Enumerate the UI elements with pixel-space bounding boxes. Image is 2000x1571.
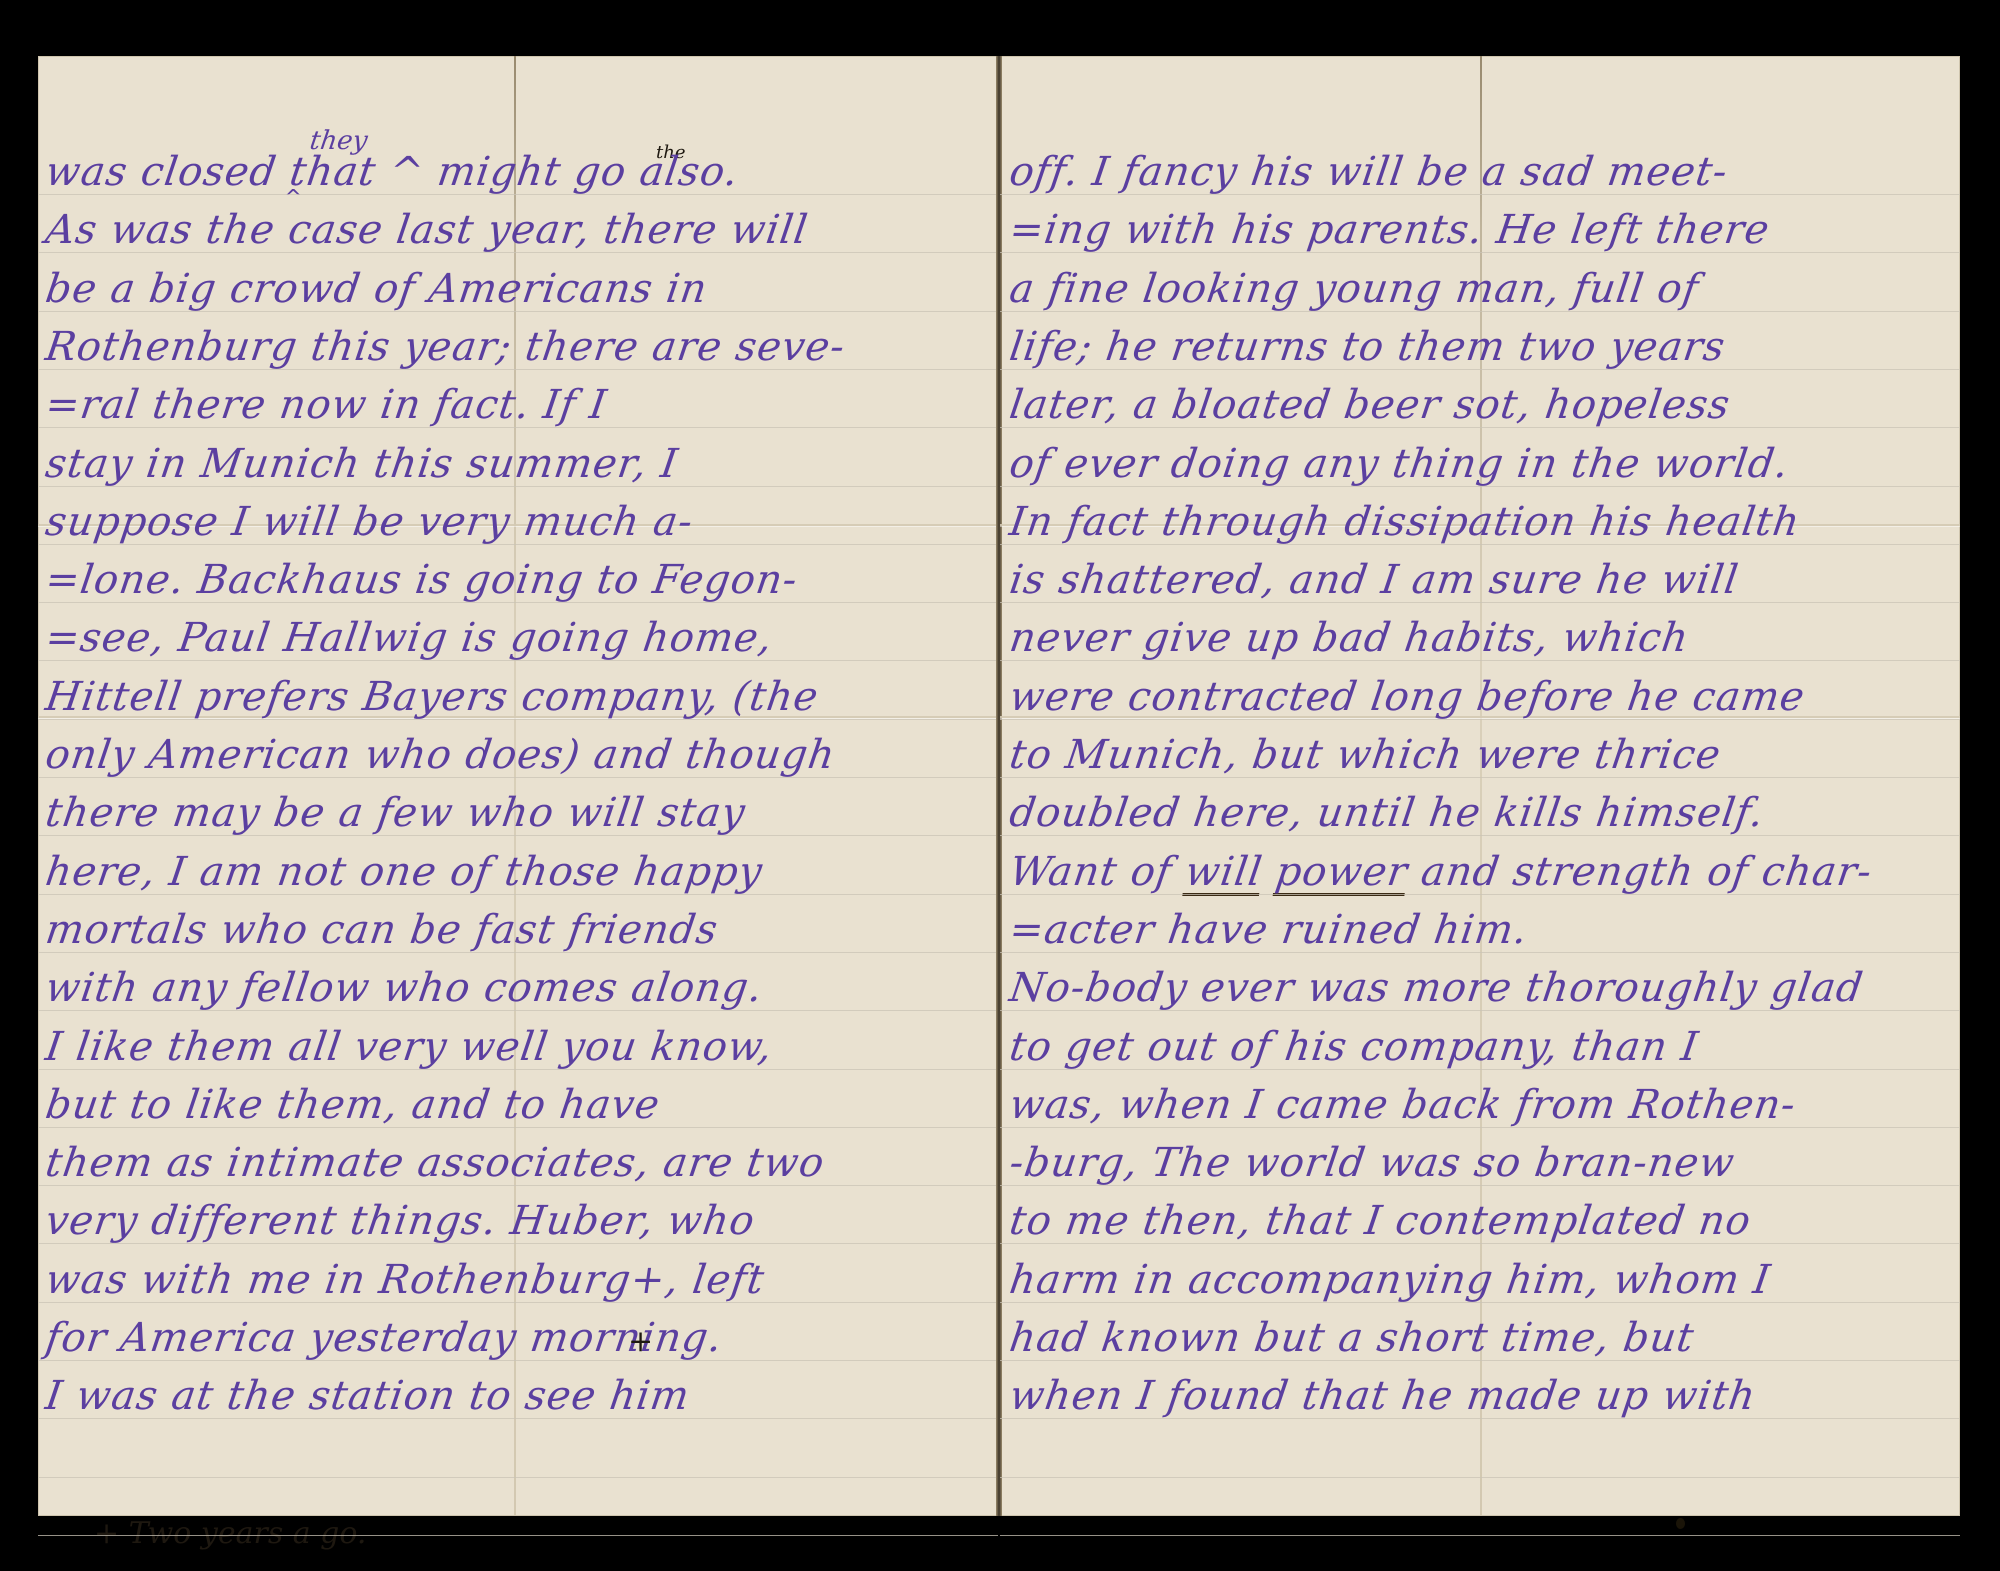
ruled-line	[38, 486, 998, 487]
handwritten-line: was with me in Rothenburg+, left	[43, 1260, 767, 1300]
ruled-line	[1000, 1069, 1960, 1070]
ruled-line	[1000, 952, 1960, 953]
handwritten-line: had known but a short time, but	[1007, 1318, 1697, 1358]
ruled-line	[38, 1302, 998, 1303]
ruled-line	[38, 1360, 998, 1361]
footnote-marker: +	[628, 1324, 653, 1359]
ruled-line	[1000, 194, 1960, 195]
ruled-line	[38, 1477, 998, 1478]
ruled-line	[1000, 1302, 1960, 1303]
handwritten-line: mortals who can be fast friends	[43, 910, 720, 950]
handwritten-line: =ing with his parents. He left there	[1007, 210, 1772, 250]
letter-sheet: they ^ the was closed that ^ might go al…	[38, 56, 1960, 1516]
ruled-line	[1000, 311, 1960, 312]
handwritten-line: suppose I will be very much a-	[43, 502, 696, 542]
ruled-line	[38, 777, 998, 778]
handwritten-line: only American who does) and though	[43, 735, 838, 775]
ruled-line	[38, 952, 998, 953]
ruled-line	[1000, 252, 1960, 253]
handwritten-line: with any fellow who comes along.	[43, 968, 765, 1008]
ruled-line	[38, 1010, 998, 1011]
underlined-word: power	[1273, 849, 1411, 895]
handwritten-line: to get out of his company, than I	[1007, 1027, 1701, 1067]
handwritten-line: =acter have ruined him.	[1007, 910, 1530, 950]
handwritten-line: =see, Paul Hallwig is going home,	[43, 618, 775, 658]
ruled-line	[1000, 1127, 1960, 1128]
ruled-line	[38, 1535, 998, 1536]
ruled-line	[1000, 544, 1960, 545]
handwritten-line: is shattered, and I am sure he will	[1007, 560, 1741, 600]
handwritten-line: stay in Munich this summer, I	[43, 444, 680, 484]
ruled-line	[38, 719, 998, 720]
handwritten-line: off. I fancy his will be a sad meet-	[1007, 152, 1730, 192]
ruled-line	[38, 369, 998, 370]
ruled-line	[38, 1243, 998, 1244]
ruled-line	[1000, 660, 1960, 661]
ruled-line	[1000, 1418, 1960, 1419]
handwritten-line: there may be a few who will stay	[43, 793, 748, 833]
ruled-line	[1000, 1185, 1960, 1186]
ruled-line	[1000, 602, 1960, 603]
ruled-line	[1000, 777, 1960, 778]
left-page: they ^ the was closed that ^ might go al…	[38, 56, 998, 1516]
handwritten-line: was, when I came back from Rothen-	[1007, 1085, 1798, 1125]
ruled-line	[38, 252, 998, 253]
ruled-line	[38, 602, 998, 603]
handwritten-line: them as intimate associates, are two	[43, 1143, 827, 1183]
handwritten-line: was closed that ^ might go also.	[43, 152, 741, 192]
handwritten-line: doubled here, until he kills himself.	[1007, 793, 1767, 833]
ruled-line	[1000, 486, 1960, 487]
handwritten-line: here, I am not one of those happy	[43, 852, 765, 892]
handwritten-line: Hittell prefers Bayers company, (the	[43, 677, 821, 717]
ruled-line	[1000, 1010, 1960, 1011]
handwritten-line: harm in accompanying him, whom I	[1007, 1260, 1773, 1300]
ruled-line	[38, 1127, 998, 1128]
ruled-line	[38, 894, 998, 895]
ruled-line	[1000, 719, 1960, 720]
handwritten-line: In fact through dissipation his health	[1007, 502, 1802, 542]
handwritten-line: I was at the station to see him	[43, 1376, 692, 1416]
handwritten-line: never give up bad habits, which	[1007, 618, 1691, 658]
handwritten-line: were contracted long before he came	[1007, 677, 1807, 717]
handwritten-line: very different things. Huber, who	[43, 1201, 757, 1241]
handwritten-line: for America yesterday morning.	[43, 1318, 725, 1358]
ruled-line	[1000, 1477, 1960, 1478]
ruled-line	[1000, 369, 1960, 370]
handwritten-line: to Munich, but which were thrice	[1007, 735, 1723, 775]
ruled-line	[38, 1418, 998, 1419]
right-page: off. I fancy his will be a sad meet-=ing…	[1000, 56, 1960, 1516]
handwritten-line: but to like them, and to have	[43, 1085, 662, 1125]
handwritten-line: Want of will power and strength of char-	[1007, 852, 1875, 892]
ruled-line	[1000, 427, 1960, 428]
handwritten-line: No-body ever was more thoroughly glad	[1007, 968, 1866, 1008]
footnote: + Two years a go.	[94, 1516, 366, 1551]
ruled-line	[38, 1185, 998, 1186]
ruled-line	[38, 544, 998, 545]
handwritten-line: -burg, The world was so bran-new	[1007, 1143, 1737, 1183]
ruled-line	[38, 194, 998, 195]
handwritten-line: =lone. Backhaus is going to Fegon-	[43, 560, 800, 600]
handwritten-line: later, a bloated beer sot, hopeless	[1007, 385, 1733, 425]
ink-blot	[1676, 1518, 1685, 1529]
handwritten-line: when I found that he made up with	[1007, 1376, 1758, 1416]
handwritten-line: of ever doing any thing in the world.	[1007, 444, 1791, 484]
handwritten-line: life; he returns to them two years	[1007, 327, 1728, 367]
ruled-line	[38, 660, 998, 661]
handwritten-line: Rothenburg this year; there are seve-	[43, 327, 848, 367]
handwritten-line: a fine looking young man, full of	[1007, 269, 1701, 309]
underlined-word: will	[1182, 849, 1265, 895]
handwritten-line: I like them all very well you know,	[43, 1027, 775, 1067]
ruled-line	[38, 1069, 998, 1070]
ruled-line	[1000, 835, 1960, 836]
handwritten-line: As was the case last year, there will	[43, 210, 810, 250]
handwritten-line: to me then, that I contemplated no	[1007, 1201, 1754, 1241]
handwritten-line: =ral there now in fact. If I	[43, 385, 609, 425]
ruled-line	[38, 835, 998, 836]
ruled-line	[1000, 1360, 1960, 1361]
handwritten-line: be a big crowd of Americans in	[43, 269, 710, 309]
ruled-line	[38, 427, 998, 428]
ruled-line	[1000, 1243, 1960, 1244]
ruled-line	[1000, 1535, 1960, 1536]
ruled-line	[1000, 894, 1960, 895]
ruled-line	[38, 311, 998, 312]
